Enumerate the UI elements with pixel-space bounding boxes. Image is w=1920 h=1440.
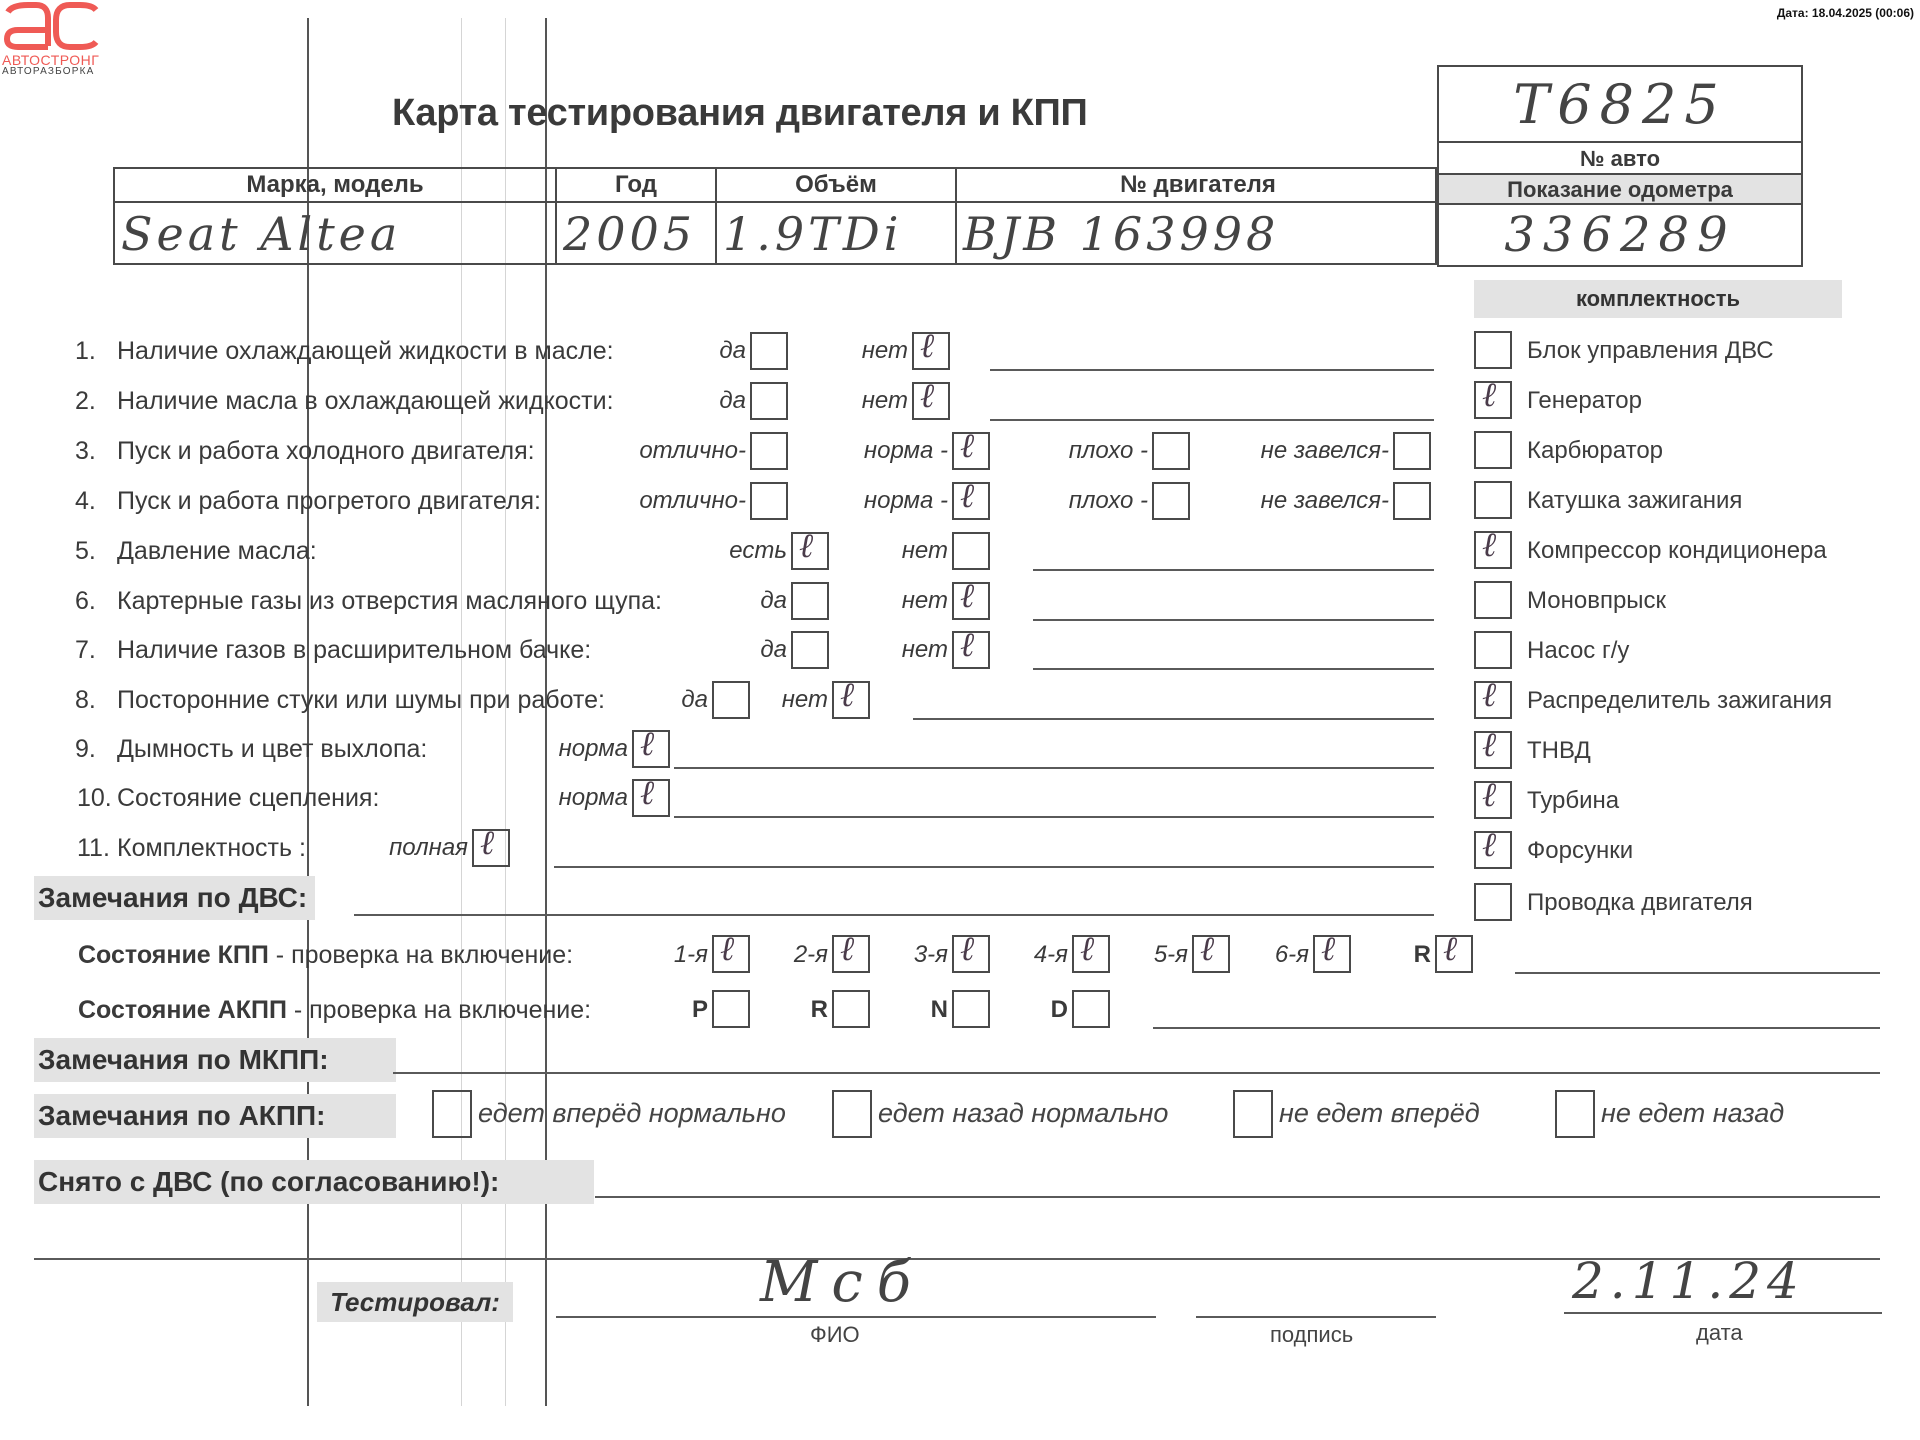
question-number: 2. bbox=[75, 381, 96, 421]
question-number: 8. bbox=[75, 680, 96, 720]
name-caption: ФИО bbox=[810, 1322, 860, 1348]
page-title: Карта тестирования двигателя и КПП bbox=[392, 92, 1088, 135]
question-number: 9. bbox=[75, 729, 96, 769]
check-mark-icon: ℓ bbox=[480, 823, 494, 863]
question-label: Пуск и работа прогретого двигателя: bbox=[117, 481, 541, 521]
vehicle-info-table: Марка, модель Seat Altea Год 2005 Объём … bbox=[113, 167, 1437, 265]
option-checkbox[interactable]: ℓ bbox=[912, 332, 950, 370]
kit-checkbox[interactable] bbox=[1474, 883, 1512, 921]
ac-logo-icon bbox=[2, 2, 100, 50]
akpp-option-label: едет вперёд нормально bbox=[478, 1098, 786, 1129]
car-number-value[interactable]: T6825 bbox=[1439, 67, 1801, 143]
manual-gearbox-note-input[interactable] bbox=[1515, 972, 1880, 974]
kit-checkbox[interactable] bbox=[1474, 481, 1512, 519]
checklist-row: 2.Наличие масла в охлаждающей жидкости:д… bbox=[0, 381, 1440, 421]
note-input[interactable] bbox=[913, 718, 1434, 720]
check-mark-icon: ℓ bbox=[840, 675, 854, 715]
date-value: 2.11.24 bbox=[1572, 1252, 1805, 1310]
option-checkbox[interactable] bbox=[750, 382, 788, 420]
date-caption: дата bbox=[1696, 1320, 1743, 1346]
check-mark-icon: ℓ bbox=[960, 576, 974, 616]
question-label: Комплектность : bbox=[117, 828, 306, 868]
akpp-option-label: не едет вперёд bbox=[1279, 1098, 1480, 1129]
mkpp-remarks-input[interactable] bbox=[393, 1072, 1880, 1074]
kit-item-label: Блок управления ДВС bbox=[1527, 331, 1774, 371]
kit-checkbox[interactable]: ℓ bbox=[1474, 531, 1512, 569]
akpp-option-checkbox[interactable] bbox=[1233, 1090, 1273, 1138]
question-label: Посторонние стуки или шумы при работе: bbox=[117, 680, 605, 720]
option-label: да bbox=[760, 581, 787, 621]
note-input[interactable] bbox=[990, 369, 1434, 371]
year-cell[interactable]: Год 2005 bbox=[557, 169, 717, 263]
gear-checkbox[interactable]: ℓ bbox=[712, 935, 750, 973]
question-label: Дымность и цвет выхлопа: bbox=[117, 729, 427, 769]
akpp-remarks-label: Замечания по АКПП: bbox=[34, 1094, 396, 1138]
option-checkbox[interactable] bbox=[712, 681, 750, 719]
kit-item-label: Катушка зажигания bbox=[1527, 481, 1742, 521]
gear-checkbox[interactable]: ℓ bbox=[1072, 935, 1110, 973]
option-checkbox[interactable]: ℓ bbox=[952, 432, 990, 470]
akpp-option-checkbox[interactable] bbox=[832, 1090, 872, 1138]
checklist-row: 6.Картерные газы из отверстия масляного … bbox=[0, 581, 1440, 621]
check-mark-icon: ℓ bbox=[1482, 375, 1496, 415]
kit-item-label: Распределитель зажигания bbox=[1527, 681, 1832, 721]
kit-item-label: Насос г/у bbox=[1527, 631, 1629, 671]
option-checkbox[interactable] bbox=[1393, 432, 1431, 470]
question-label: Наличие охлаждающей жидкости в масле: bbox=[117, 331, 614, 371]
auto-gearbox-desc: - проверка на включение: bbox=[287, 996, 591, 1024]
option-label: нет bbox=[862, 381, 908, 421]
gear-label: D bbox=[1032, 990, 1068, 1030]
kit-item-label: Карбюратор bbox=[1527, 431, 1663, 471]
engine-number-value: BJB 163998 bbox=[963, 207, 1437, 261]
kit-checkbox[interactable] bbox=[1474, 331, 1512, 369]
kit-item-label: Турбина bbox=[1527, 781, 1619, 821]
engine-number-cell[interactable]: № двигателя BJB 163998 bbox=[957, 169, 1439, 263]
question-number: 7. bbox=[75, 630, 96, 670]
checklist-row: 1.Наличие охлаждающей жидкости в масле:д… bbox=[0, 331, 1440, 371]
check-mark-icon: ℓ bbox=[840, 929, 854, 969]
option-label: есть bbox=[729, 531, 787, 571]
kit-item-label: Форсунки bbox=[1527, 831, 1633, 871]
gear-label: 4-я bbox=[1022, 935, 1068, 975]
option-label: плохо - bbox=[1069, 481, 1148, 521]
question-number: 11. bbox=[77, 828, 110, 868]
manual-gearbox-label: Состояние КПП - проверка на включение: bbox=[78, 935, 573, 975]
checklist-row: 5.Давление масла:естьℓнет bbox=[0, 531, 1440, 571]
year-value: 2005 bbox=[563, 207, 713, 261]
gear-label: 6-я bbox=[1263, 935, 1309, 975]
gear-label: R bbox=[1385, 935, 1431, 975]
option-checkbox[interactable]: ℓ bbox=[952, 631, 990, 669]
volume-value: 1.9TDi bbox=[723, 207, 953, 261]
car-info-box: T6825 № авто Показание одометра 336289 bbox=[1437, 65, 1803, 267]
check-mark-icon: ℓ bbox=[920, 326, 934, 366]
question-number: 3. bbox=[75, 431, 96, 471]
check-mark-icon: ℓ bbox=[799, 526, 813, 566]
brand-subtitle: АВТОРАЗБОРКА bbox=[2, 66, 95, 77]
check-mark-icon: ℓ bbox=[1200, 929, 1214, 969]
gear-label: 2-я bbox=[782, 935, 828, 975]
gear-checkbox[interactable]: ℓ bbox=[832, 935, 870, 973]
note-input[interactable] bbox=[1033, 668, 1434, 670]
option-label: отлично- bbox=[639, 431, 746, 471]
kit-checkbox[interactable] bbox=[1474, 581, 1512, 619]
gear-label: N bbox=[912, 990, 948, 1030]
kit-item-label: Проводка двигателя bbox=[1527, 883, 1753, 923]
kit-checkbox[interactable] bbox=[1474, 631, 1512, 669]
option-label: нет bbox=[862, 331, 908, 371]
checklist-row: 7.Наличие газов в расширительном бачке:д… bbox=[0, 630, 1440, 670]
akpp-option-label: не едет назад bbox=[1601, 1098, 1784, 1129]
engine-number-label: № двигателя bbox=[957, 169, 1439, 203]
odometer-label: Показание одометра bbox=[1439, 175, 1801, 205]
option-checkbox[interactable] bbox=[750, 482, 788, 520]
kit-checkbox[interactable]: ℓ bbox=[1474, 381, 1512, 419]
option-label: норма - bbox=[864, 481, 948, 521]
tester-name-value: Мсб bbox=[760, 1250, 925, 1315]
checklist-row: 11.Комплектность :полнаяℓ bbox=[0, 828, 1440, 868]
option-checkbox[interactable] bbox=[750, 432, 788, 470]
akpp-option-label: едет назад нормально bbox=[878, 1098, 1168, 1129]
print-date: Дата: 18.04.2025 (00:06) bbox=[1777, 6, 1914, 20]
question-label: Пуск и работа холодного двигателя: bbox=[117, 431, 535, 471]
kit-checkbox[interactable]: ℓ bbox=[1474, 781, 1512, 819]
engine-remarks-input[interactable] bbox=[354, 914, 1434, 916]
auto-gearbox-title: Состояние АКПП bbox=[78, 996, 287, 1024]
tester-name-input[interactable] bbox=[556, 1316, 1156, 1318]
question-label: Давление масла: bbox=[117, 531, 317, 571]
question-number: 1. bbox=[75, 331, 96, 371]
make-model-cell[interactable]: Марка, модель Seat Altea bbox=[115, 169, 557, 263]
check-mark-icon: ℓ bbox=[1482, 725, 1496, 765]
check-mark-icon: ℓ bbox=[960, 476, 974, 516]
gear-checkbox[interactable]: ℓ bbox=[952, 935, 990, 973]
option-label: да bbox=[719, 381, 746, 421]
question-number: 5. bbox=[75, 531, 96, 571]
note-input[interactable] bbox=[554, 866, 1434, 868]
check-mark-icon: ℓ bbox=[960, 625, 974, 665]
note-input[interactable] bbox=[990, 419, 1434, 421]
removed-input[interactable] bbox=[595, 1196, 1880, 1198]
question-number: 6. bbox=[75, 581, 96, 621]
check-mark-icon: ℓ bbox=[1080, 929, 1094, 969]
option-label: нет bbox=[902, 630, 948, 670]
kit-item-label: Моновпрыск bbox=[1527, 581, 1666, 621]
gear-label: R bbox=[792, 990, 828, 1030]
option-checkbox[interactable]: ℓ bbox=[952, 582, 990, 620]
note-input[interactable] bbox=[1033, 569, 1434, 571]
gear-label: 3-я bbox=[902, 935, 948, 975]
option-label: не завелся- bbox=[1261, 431, 1389, 471]
check-mark-icon: ℓ bbox=[1482, 525, 1496, 565]
option-checkbox[interactable]: ℓ bbox=[632, 730, 670, 768]
check-mark-icon: ℓ bbox=[1482, 825, 1496, 865]
odometer-value[interactable]: 336289 bbox=[1439, 205, 1801, 265]
question-label: Наличие газов в расширительном бачке: bbox=[117, 630, 591, 670]
checklist-row: 10.Состояние сцепления:нормаℓ bbox=[0, 778, 1440, 818]
removed-label: Снято с ДВС (по согласованию!): bbox=[34, 1160, 594, 1204]
option-label: норма bbox=[559, 778, 628, 818]
kit-checkbox[interactable]: ℓ bbox=[1474, 731, 1512, 769]
option-checkbox[interactable]: ℓ bbox=[832, 681, 870, 719]
auto-gearbox-label: Состояние АКПП - проверка на включение: bbox=[78, 990, 591, 1030]
kit-checkbox[interactable] bbox=[1474, 431, 1512, 469]
option-checkbox[interactable] bbox=[1152, 432, 1190, 470]
option-label: да bbox=[760, 630, 787, 670]
akpp-option-checkbox[interactable] bbox=[432, 1090, 472, 1138]
signature-caption: подпись bbox=[1270, 1322, 1353, 1348]
option-label: нет bbox=[902, 581, 948, 621]
option-checkbox[interactable] bbox=[952, 532, 990, 570]
option-checkbox[interactable] bbox=[1152, 482, 1190, 520]
volume-label: Объём bbox=[717, 169, 955, 203]
manual-gearbox-desc: - проверка на включение: bbox=[269, 941, 573, 969]
kit-item-label: ТНВД bbox=[1527, 731, 1591, 771]
option-checkbox[interactable] bbox=[791, 582, 829, 620]
check-mark-icon: ℓ bbox=[920, 376, 934, 416]
engine-remarks-label: Замечания по ДВС: bbox=[34, 876, 315, 920]
option-checkbox[interactable]: ℓ bbox=[632, 779, 670, 817]
question-number: 4. bbox=[75, 481, 96, 521]
check-mark-icon: ℓ bbox=[960, 929, 974, 969]
question-label: Наличие масла в охлаждающей жидкости: bbox=[117, 381, 614, 421]
volume-cell[interactable]: Объём 1.9TDi bbox=[717, 169, 957, 263]
car-number-label: № авто bbox=[1439, 143, 1801, 175]
option-checkbox[interactable] bbox=[791, 631, 829, 669]
option-label: норма bbox=[559, 729, 628, 769]
kit-checkbox[interactable]: ℓ bbox=[1474, 831, 1512, 869]
option-label: нет bbox=[782, 680, 828, 720]
check-mark-icon: ℓ bbox=[1321, 929, 1335, 969]
gear-checkbox[interactable] bbox=[832, 990, 870, 1028]
option-checkbox[interactable]: ℓ bbox=[791, 532, 829, 570]
check-mark-icon: ℓ bbox=[720, 929, 734, 969]
tested-by-label: Тестировал: bbox=[317, 1282, 513, 1322]
check-mark-icon: ℓ bbox=[960, 426, 974, 466]
checklist-row: 4.Пуск и работа прогретого двигателя:отл… bbox=[0, 481, 1440, 521]
gear-checkbox[interactable] bbox=[1072, 990, 1110, 1028]
gear-checkbox[interactable]: ℓ bbox=[1313, 935, 1351, 973]
manual-gearbox-title: Состояние КПП bbox=[78, 941, 269, 969]
gear-label: 5-я bbox=[1142, 935, 1188, 975]
option-checkbox[interactable]: ℓ bbox=[912, 382, 950, 420]
gear-checkbox[interactable]: ℓ bbox=[1435, 935, 1473, 973]
option-label: да bbox=[681, 680, 708, 720]
gear-checkbox[interactable] bbox=[952, 990, 990, 1028]
auto-gearbox-note-input[interactable] bbox=[1153, 1027, 1880, 1029]
option-checkbox[interactable]: ℓ bbox=[472, 829, 510, 867]
option-label: да bbox=[719, 331, 746, 371]
option-label: плохо - bbox=[1069, 431, 1148, 471]
kit-checkbox[interactable]: ℓ bbox=[1474, 681, 1512, 719]
option-label: полная bbox=[389, 828, 468, 868]
note-input[interactable] bbox=[674, 767, 1434, 769]
option-checkbox[interactable] bbox=[1393, 482, 1431, 520]
note-input[interactable] bbox=[1033, 619, 1434, 621]
check-mark-icon: ℓ bbox=[1482, 675, 1496, 715]
check-mark-icon: ℓ bbox=[1443, 929, 1457, 969]
option-checkbox[interactable] bbox=[750, 332, 788, 370]
note-input[interactable] bbox=[674, 816, 1434, 818]
gear-label: 1-я bbox=[662, 935, 708, 975]
question-label: Состояние сцепления: bbox=[117, 778, 379, 818]
akpp-option-checkbox[interactable] bbox=[1555, 1090, 1595, 1138]
check-mark-icon: ℓ bbox=[640, 773, 654, 813]
checklist-row: 8.Посторонние стуки или шумы при работе:… bbox=[0, 680, 1440, 720]
signature-input[interactable] bbox=[1196, 1316, 1436, 1318]
make-model-label: Марка, модель bbox=[115, 169, 555, 203]
option-checkbox[interactable]: ℓ bbox=[952, 482, 990, 520]
make-model-value: Seat Altea bbox=[121, 207, 553, 261]
mkpp-remarks-label: Замечания по МКПП: bbox=[34, 1038, 396, 1082]
gear-checkbox[interactable] bbox=[712, 990, 750, 1028]
checklist-row: 9.Дымность и цвет выхлопа:нормаℓ bbox=[0, 729, 1440, 769]
kit-header: комплектность bbox=[1474, 280, 1842, 318]
question-number: 10. bbox=[77, 778, 112, 818]
gear-label: P bbox=[672, 990, 708, 1030]
option-label: норма - bbox=[864, 431, 948, 471]
kit-item-label: Компрессор кондиционера bbox=[1527, 531, 1827, 571]
option-label: не завелся- bbox=[1261, 481, 1389, 521]
question-label: Картерные газы из отверстия масляного щу… bbox=[117, 581, 662, 621]
option-label: отлично- bbox=[639, 481, 746, 521]
year-label: Год bbox=[557, 169, 715, 203]
checklist-row: 3.Пуск и работа холодного двигателя:отли… bbox=[0, 431, 1440, 471]
kit-item-label: Генератор bbox=[1527, 381, 1642, 421]
date-input[interactable] bbox=[1564, 1312, 1882, 1314]
check-mark-icon: ℓ bbox=[1482, 775, 1496, 815]
option-label: нет bbox=[902, 531, 948, 571]
gear-checkbox[interactable]: ℓ bbox=[1192, 935, 1230, 973]
check-mark-icon: ℓ bbox=[640, 724, 654, 764]
